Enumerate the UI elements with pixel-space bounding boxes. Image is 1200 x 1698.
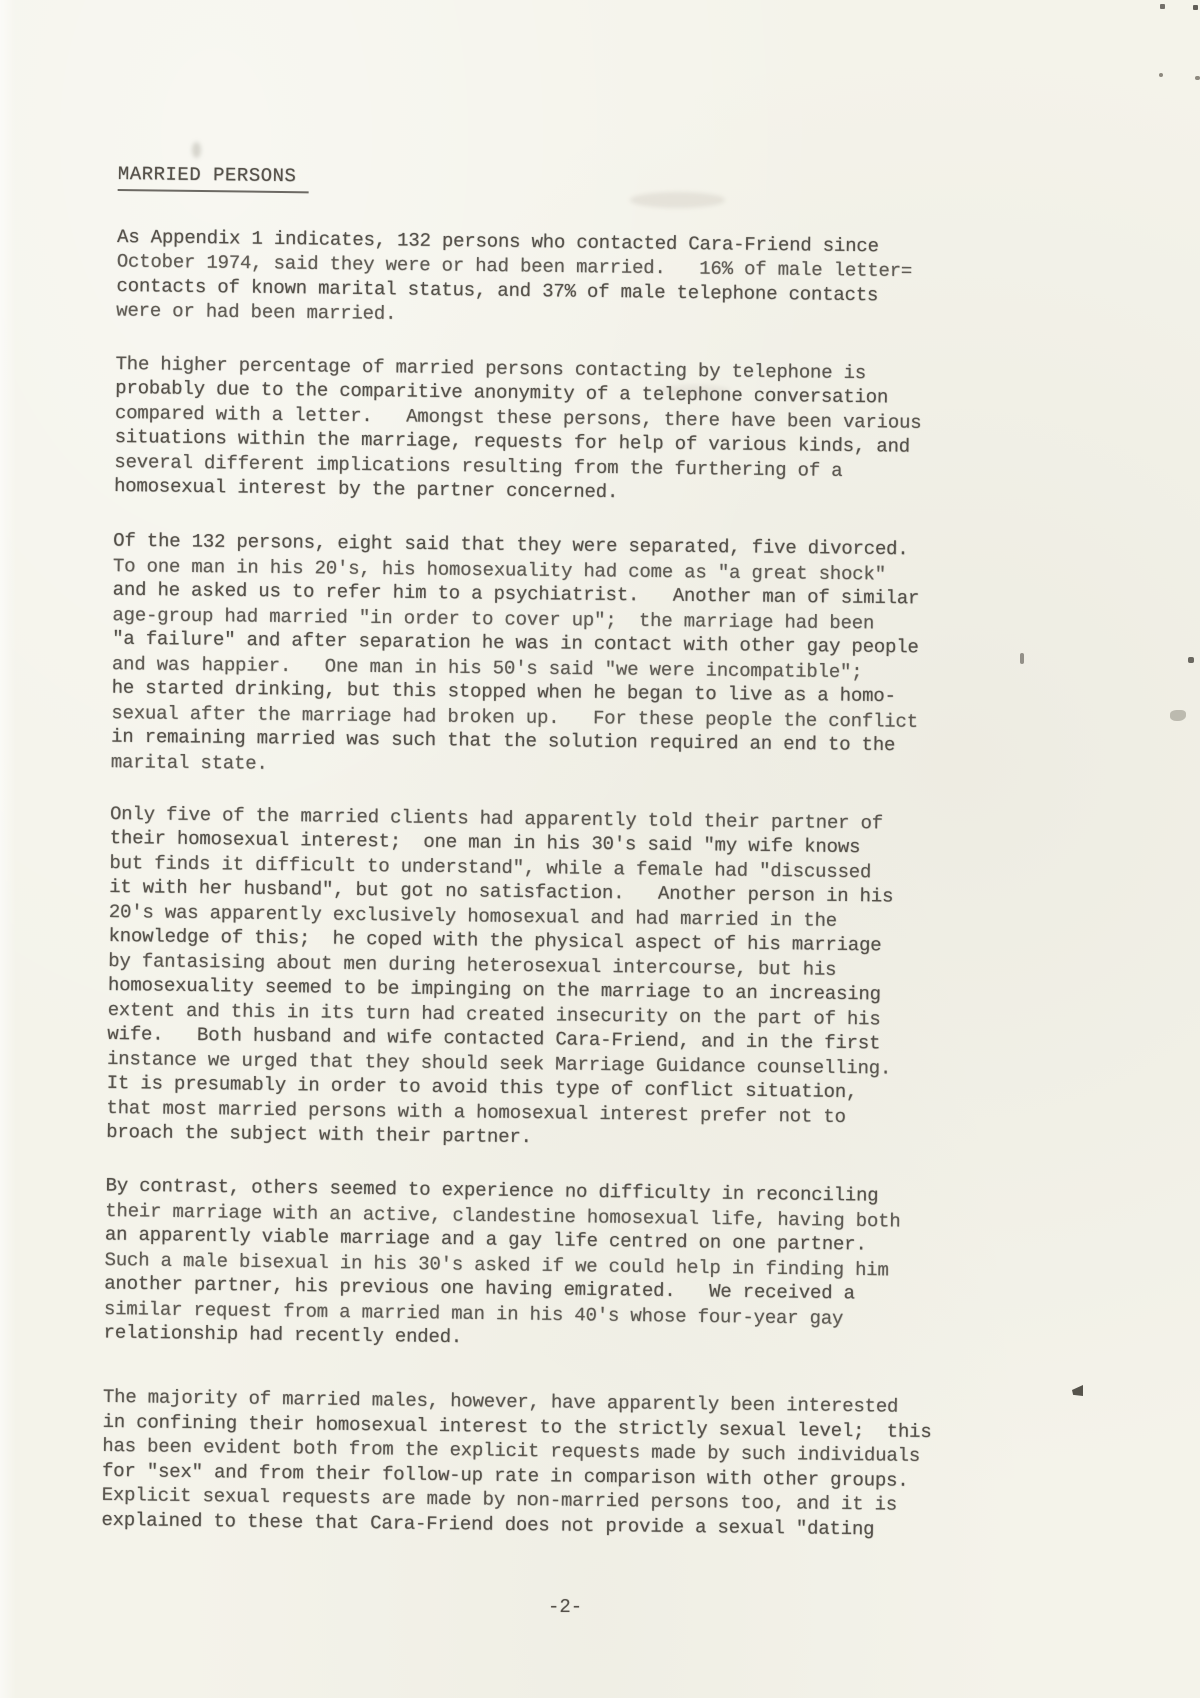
ink-speck bbox=[1170, 710, 1186, 721]
document-page: MARRIED PERSONS As Appendix 1 indicates,… bbox=[0, 0, 1200, 1698]
ink-speck bbox=[1159, 73, 1163, 77]
paragraph: The majority of married males, however, … bbox=[101, 1385, 1003, 1543]
paragraph: Of the 132 persons, eight said that they… bbox=[111, 528, 1014, 783]
body-text: As Appendix 1 indicates, 132 persons who… bbox=[101, 224, 1017, 1542]
paragraph: By contrast, others seemed to experience… bbox=[103, 1173, 1005, 1356]
page-title: MARRIED PERSONS bbox=[118, 162, 309, 193]
ink-speck bbox=[1188, 657, 1194, 663]
scan-smudge bbox=[192, 142, 201, 158]
paragraph: Only five of the married clients had app… bbox=[106, 801, 1010, 1155]
scan-smudge bbox=[660, 385, 730, 397]
ink-speck bbox=[1195, 76, 1200, 80]
document-content: MARRIED PERSONS As Appendix 1 indicates,… bbox=[101, 162, 1018, 1572]
page-number: -2- bbox=[548, 1596, 582, 1618]
scan-smudge bbox=[630, 192, 725, 208]
ink-speck bbox=[1160, 4, 1165, 9]
ink-speck bbox=[1193, 5, 1198, 10]
ink-speck bbox=[1072, 1385, 1083, 1396]
ink-speck bbox=[1020, 653, 1024, 664]
paragraph: The higher percentage of married persons… bbox=[114, 351, 1016, 509]
paragraph: As Appendix 1 indicates, 132 persons who… bbox=[116, 224, 1017, 333]
